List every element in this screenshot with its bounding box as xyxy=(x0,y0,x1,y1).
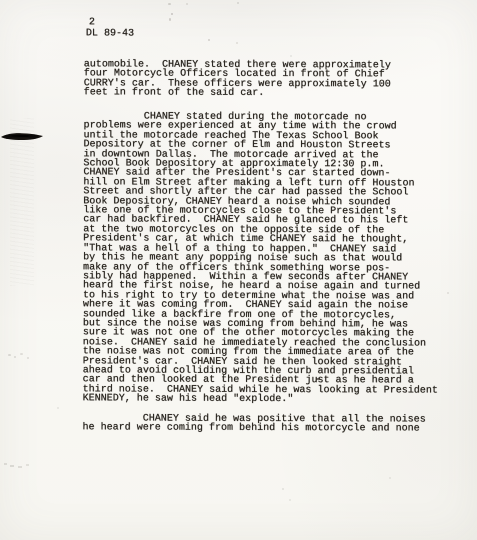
file-number: DL 89-43 xyxy=(86,29,134,39)
page-number: 2 xyxy=(89,18,95,28)
typed-text-layer: 2 DL 89-43 automobile. CHANEY stated the… xyxy=(0,0,477,540)
scanned-document-page: 2 DL 89-43 automobile. CHANEY stated the… xyxy=(0,0,477,540)
body-paragraph-3: CHANEY said he was positive that all the… xyxy=(82,414,425,434)
body-paragraph-2: CHANEY stated during the motorcade no pr… xyxy=(83,112,439,405)
body-paragraph-1: automobile. CHANEY stated there were app… xyxy=(84,60,391,99)
